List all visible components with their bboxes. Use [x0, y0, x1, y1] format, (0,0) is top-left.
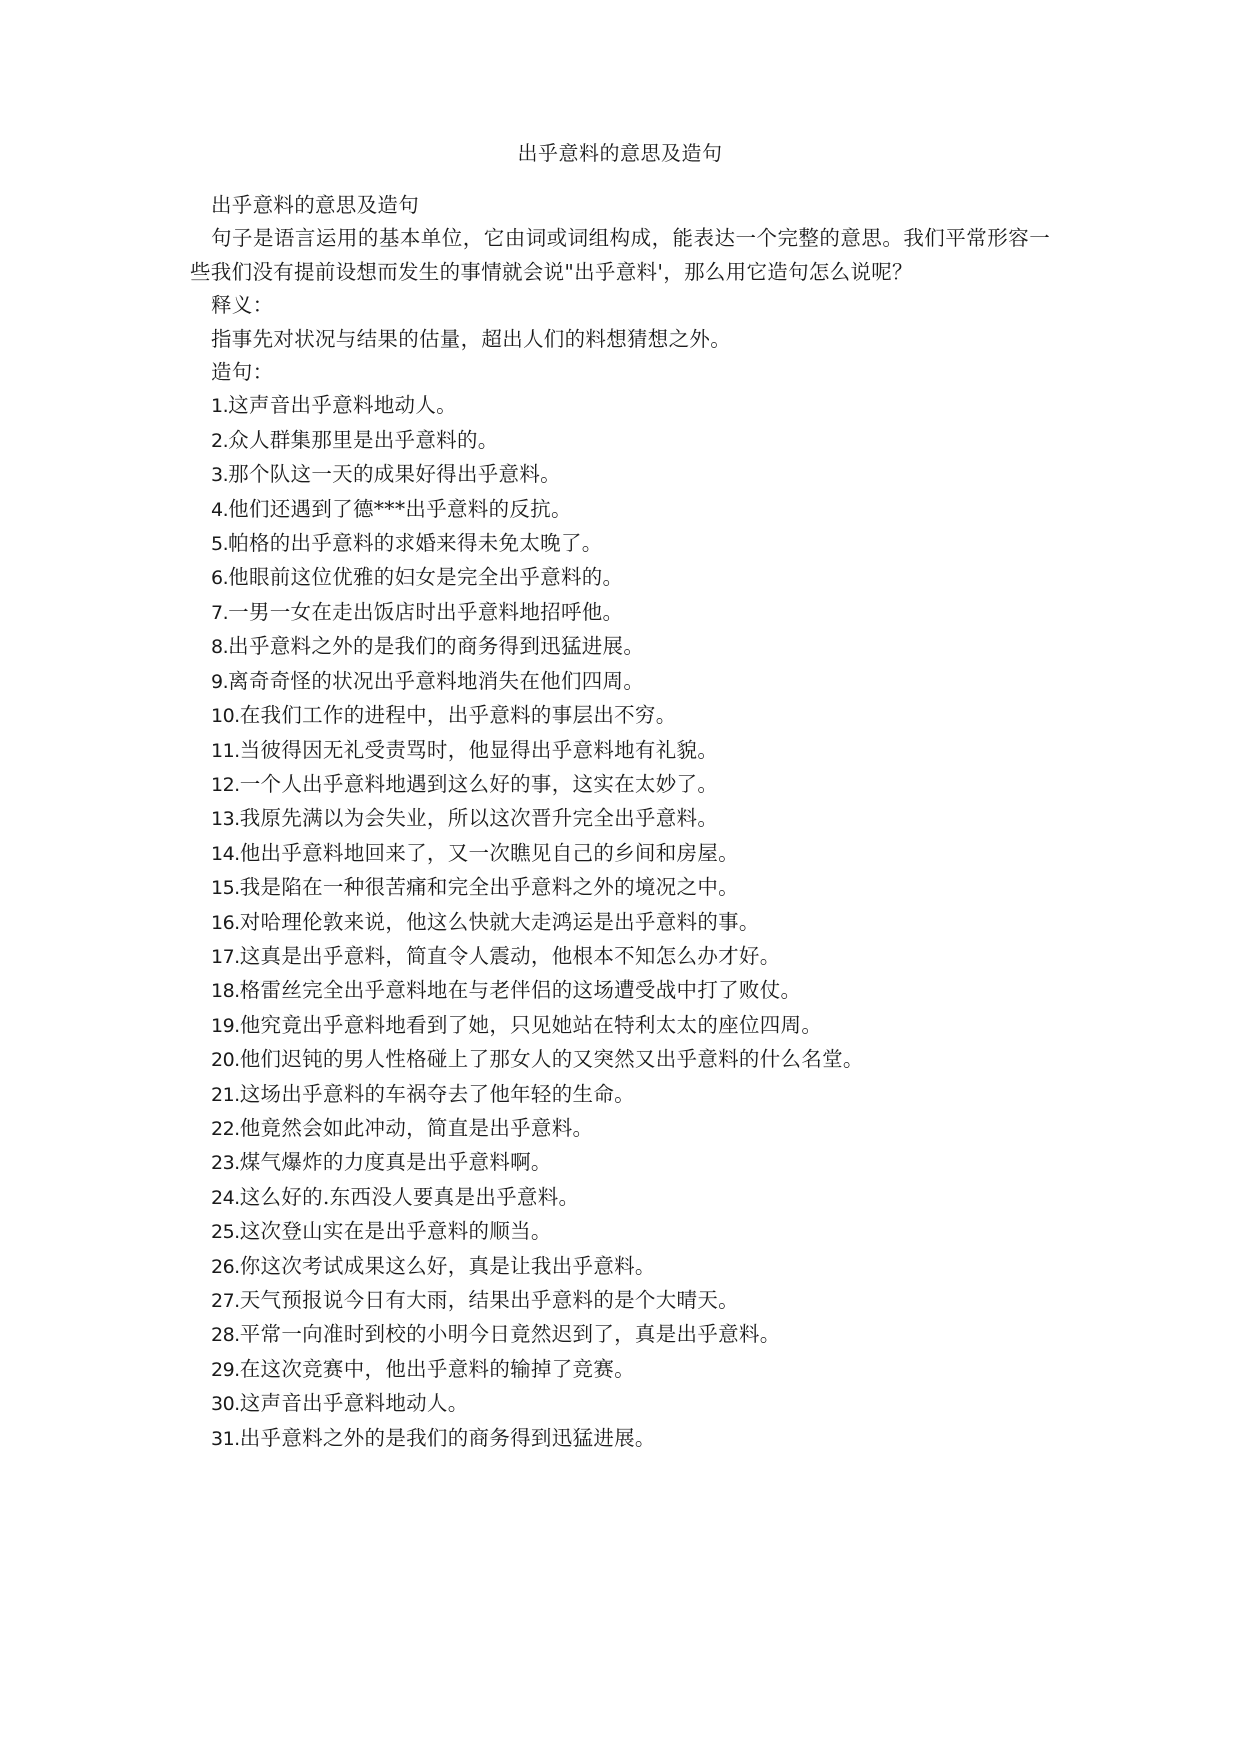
sentence-text: 他眼前这位优雅的妇女是完全出乎意料的。	[228, 565, 623, 589]
sentence-number: 24.	[211, 1187, 240, 1209]
sentence-text: 这真是出乎意料，简直令人震动，他根本不知怎么办才好。	[240, 944, 781, 968]
example-sentence: 11.当彼得因无礼受责骂时，他显得出乎意料地有礼貌。	[190, 734, 1050, 768]
sentence-text: 出乎意料之外的是我们的商务得到迅猛进展。	[228, 634, 644, 658]
example-sentence: 7.一男一女在走出饭店时出乎意料地招呼他。	[190, 596, 1050, 630]
example-sentence: 29.在这次竞赛中，他出乎意料的输掉了竞赛。	[190, 1353, 1050, 1387]
sentence-text: 帕格的出乎意料的求婚来得未免太晚了。	[228, 531, 602, 555]
sentence-number: 30.	[211, 1393, 240, 1415]
intro-paragraph: 句子是语言运用的基本单位，它由词或词组构成，能表达一个完整的意思。我们平常形容一…	[190, 222, 1050, 289]
sentence-text: 煤气爆炸的力度真是出乎意料啊。	[240, 1150, 552, 1174]
sentence-number: 11.	[211, 740, 240, 762]
sentence-text: 对哈理伦敦来说，他这么快就大走鸿运是出乎意料的事。	[240, 910, 760, 934]
section-heading: 出乎意料的意思及造句	[190, 189, 1050, 222]
sentence-text: 这次登山实在是出乎意料的顺当。	[240, 1219, 552, 1243]
sentence-text: 他竟然会如此冲动，简直是出乎意料。	[240, 1116, 594, 1140]
sentence-number: 26.	[211, 1256, 240, 1278]
example-sentence: 26.你这次考试成果这么好，真是让我出乎意料。	[190, 1250, 1050, 1284]
definition-label: 释义：	[190, 289, 1050, 322]
sentence-number: 8.	[211, 636, 228, 658]
sentence-number: 25.	[211, 1221, 240, 1243]
example-sentence: 16.对哈理伦敦来说，他这么快就大走鸿运是出乎意料的事。	[190, 906, 1050, 940]
sentence-text: 他们迟钝的男人性格碰上了那女人的又突然又出乎意料的什么名堂。	[240, 1047, 864, 1071]
sentence-text: 格雷丝完全出乎意料地在与老伴侣的这场遭受战中打了败仗。	[240, 978, 802, 1002]
sentence-text: 离奇奇怪的状况出乎意料地消失在他们四周。	[228, 669, 644, 693]
sentence-number: 7.	[211, 602, 228, 624]
example-sentence: 2.众人群集那里是出乎意料的。	[190, 424, 1050, 458]
sentence-number: 20.	[211, 1049, 240, 1071]
sentence-text: 平常一向准时到校的小明今日竟然迟到了，真是出乎意料。	[240, 1322, 781, 1346]
sentence-number: 22.	[211, 1118, 240, 1140]
sentence-text: 一男一女在走出饭店时出乎意料地招呼他。	[228, 600, 623, 624]
sentence-text: 这么好的.东西没人要真是出乎意料。	[240, 1185, 580, 1209]
sentence-text: 你这次考试成果这么好，真是让我出乎意料。	[240, 1254, 656, 1278]
sentence-number: 6.	[211, 567, 228, 589]
sentence-number: 4.	[211, 499, 228, 521]
example-sentence: 9.离奇奇怪的状况出乎意料地消失在他们四周。	[190, 665, 1050, 699]
example-sentence-list: 1.这声音出乎意料地动人。 2.众人群集那里是出乎意料的。 3.那个队这一天的成…	[190, 389, 1050, 1456]
example-sentence: 18.格雷丝完全出乎意料地在与老伴侣的这场遭受战中打了败仗。	[190, 974, 1050, 1008]
example-sentence: 28.平常一向准时到校的小明今日竟然迟到了，真是出乎意料。	[190, 1318, 1050, 1352]
sentence-number: 2.	[211, 430, 228, 452]
example-sentence: 4.他们还遇到了德***出乎意料的反抗。	[190, 493, 1050, 527]
example-sentence: 22.他竟然会如此冲动，简直是出乎意料。	[190, 1112, 1050, 1146]
example-sentence: 19.他究竟出乎意料地看到了她，只见她站在特利太太的座位四周。	[190, 1009, 1050, 1043]
sentence-text: 出乎意料之外的是我们的商务得到迅猛进展。	[240, 1426, 656, 1450]
sentence-number: 12.	[211, 774, 240, 796]
sentence-text: 他出乎意料地回来了，又一次瞧见自己的乡间和房屋。	[240, 841, 739, 865]
example-sentence: 8.出乎意料之外的是我们的商务得到迅猛进展。	[190, 630, 1050, 664]
example-sentence: 17.这真是出乎意料，简直令人震动，他根本不知怎么办才好。	[190, 940, 1050, 974]
sentence-number: 9.	[211, 671, 228, 693]
sentence-number: 28.	[211, 1324, 240, 1346]
sentence-text: 在我们工作的进程中，出乎意料的事层出不穷。	[240, 703, 677, 727]
example-sentence: 5.帕格的出乎意料的求婚来得未免太晚了。	[190, 527, 1050, 561]
example-sentence: 14.他出乎意料地回来了，又一次瞧见自己的乡间和房屋。	[190, 837, 1050, 871]
sentence-text: 这声音出乎意料地动人。	[240, 1391, 469, 1415]
sentence-number: 18.	[211, 980, 240, 1002]
sentence-number: 27.	[211, 1290, 240, 1312]
sentence-text: 这声音出乎意料地动人。	[228, 393, 457, 417]
example-sentence: 6.他眼前这位优雅的妇女是完全出乎意料的。	[190, 561, 1050, 595]
definition-text: 指事先对状况与结果的估量，超出人们的料想猜想之外。	[190, 323, 1050, 356]
sentence-number: 19.	[211, 1015, 240, 1037]
sentence-number: 14.	[211, 843, 240, 865]
sentence-number: 21.	[211, 1084, 240, 1106]
sentence-text: 他们还遇到了德***出乎意料的反抗。	[228, 497, 572, 521]
document-title: 出乎意料的意思及造句	[190, 139, 1050, 167]
sentence-number: 1.	[211, 395, 228, 417]
sentence-number: 5.	[211, 533, 228, 555]
sentence-text: 天气预报说今日有大雨，结果出乎意料的是个大晴天。	[240, 1288, 739, 1312]
sentence-text: 众人群集那里是出乎意料的。	[228, 428, 498, 452]
example-sentence: 10.在我们工作的进程中，出乎意料的事层出不穷。	[190, 699, 1050, 733]
example-sentence: 23.煤气爆炸的力度真是出乎意料啊。	[190, 1146, 1050, 1180]
sentence-number: 17.	[211, 946, 240, 968]
sentence-text: 我是陷在一种很苦痛和完全出乎意料之外的境况之中。	[240, 875, 739, 899]
example-sentence: 30.这声音出乎意料地动人。	[190, 1387, 1050, 1421]
sentence-text: 我原先满以为会失业，所以这次晋升完全出乎意料。	[240, 806, 718, 830]
example-sentence: 13.我原先满以为会失业，所以这次晋升完全出乎意料。	[190, 802, 1050, 836]
sentence-text: 那个队这一天的成果好得出乎意料。	[228, 462, 561, 486]
document-body: 出乎意料的意思及造句 句子是语言运用的基本单位，它由词或词组构成，能表达一个完整…	[190, 189, 1050, 1456]
sentence-number: 3.	[211, 464, 228, 486]
sentence-number: 31.	[211, 1428, 240, 1450]
sentence-text: 他究竟出乎意料地看到了她，只见她站在特利太太的座位四周。	[240, 1013, 822, 1037]
example-sentence: 1.这声音出乎意料地动人。	[190, 389, 1050, 423]
example-sentence: 3.那个队这一天的成果好得出乎意料。	[190, 458, 1050, 492]
example-sentence: 31.出乎意料之外的是我们的商务得到迅猛进展。	[190, 1422, 1050, 1456]
example-sentence: 21.这场出乎意料的车祸夺去了他年轻的生命。	[190, 1078, 1050, 1112]
example-sentence: 15.我是陷在一种很苦痛和完全出乎意料之外的境况之中。	[190, 871, 1050, 905]
example-sentence: 25.这次登山实在是出乎意料的顺当。	[190, 1215, 1050, 1249]
sentence-number: 10.	[211, 705, 240, 727]
sentence-text: 在这次竞赛中，他出乎意料的输掉了竞赛。	[240, 1357, 635, 1381]
sentence-number: 15.	[211, 877, 240, 899]
sentence-number: 13.	[211, 808, 240, 830]
example-sentence: 12.一个人出乎意料地遇到这么好的事，这实在太妙了。	[190, 768, 1050, 802]
examples-label: 造句：	[190, 356, 1050, 389]
sentence-text: 当彼得因无礼受责骂时，他显得出乎意料地有礼貌。	[240, 738, 718, 762]
sentence-number: 16.	[211, 912, 240, 934]
example-sentence: 20.他们迟钝的男人性格碰上了那女人的又突然又出乎意料的什么名堂。	[190, 1043, 1050, 1077]
sentence-number: 23.	[211, 1152, 240, 1174]
example-sentence: 27.天气预报说今日有大雨，结果出乎意料的是个大晴天。	[190, 1284, 1050, 1318]
sentence-text: 一个人出乎意料地遇到这么好的事，这实在太妙了。	[240, 772, 718, 796]
sentence-number: 29.	[211, 1359, 240, 1381]
example-sentence: 24.这么好的.东西没人要真是出乎意料。	[190, 1181, 1050, 1215]
sentence-text: 这场出乎意料的车祸夺去了他年轻的生命。	[240, 1082, 635, 1106]
